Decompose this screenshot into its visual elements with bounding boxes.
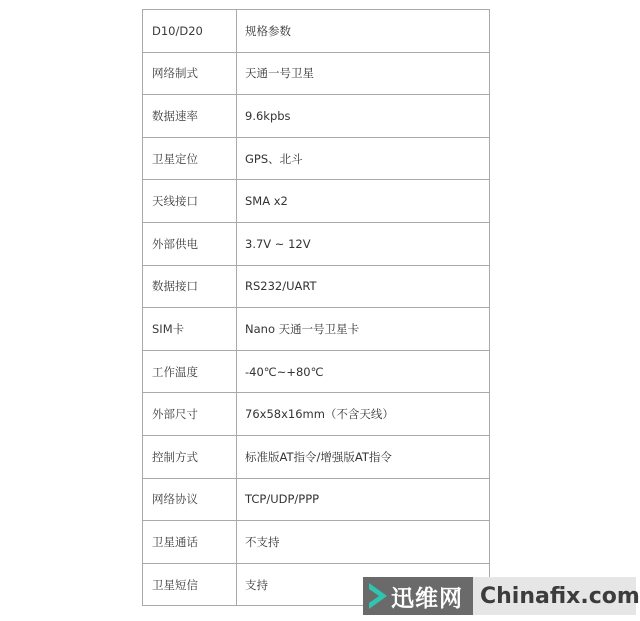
table-row: 工作温度-40℃~+80℃	[143, 350, 490, 393]
watermark-en-text: Chinafix.com	[480, 584, 640, 609]
row-value: 规格参数	[237, 10, 490, 53]
table-row: 数据速率9.6kpbs	[143, 95, 490, 138]
row-label: SIM卡	[143, 308, 237, 351]
row-value: RS232/UART	[237, 265, 490, 308]
row-value: TCP/UDP/PPP	[237, 478, 490, 521]
row-label: D10/D20	[143, 10, 237, 53]
row-value: 76x58x16mm（不含天线）	[237, 393, 490, 436]
row-value: -40℃~+80℃	[237, 350, 490, 393]
row-value: 3.7V ~ 12V	[237, 222, 490, 265]
table-row: 卫星通话不支持	[143, 521, 490, 564]
table-row: 天线接口SMA x2	[143, 180, 490, 223]
row-label: 卫星定位	[143, 137, 237, 180]
row-label: 数据接口	[143, 265, 237, 308]
table-row: D10/D20规格参数	[143, 10, 490, 53]
table-row: 外部供电3.7V ~ 12V	[143, 222, 490, 265]
row-value: 天通一号卫星	[237, 52, 490, 95]
row-label: 外部尺寸	[143, 393, 237, 436]
row-label: 卫星通话	[143, 521, 237, 564]
row-label: 网络协议	[143, 478, 237, 521]
spec-table: D10/D20规格参数 网络制式天通一号卫星 数据速率9.6kpbs 卫星定位G…	[142, 9, 490, 606]
row-label: 数据速率	[143, 95, 237, 138]
table-row: 网络协议TCP/UDP/PPP	[143, 478, 490, 521]
table-row: SIM卡Nano 天通一号卫星卡	[143, 308, 490, 351]
row-value: 标准版AT指令/增强版AT指令	[237, 435, 490, 478]
table-row: 卫星定位GPS、北斗	[143, 137, 490, 180]
table-row: 网络制式天通一号卫星	[143, 52, 490, 95]
row-value: SMA x2	[237, 180, 490, 223]
row-label: 外部供电	[143, 222, 237, 265]
row-value: 不支持	[237, 521, 490, 564]
row-label: 工作温度	[143, 350, 237, 393]
row-label: 网络制式	[143, 52, 237, 95]
watermark-logo: 迅维网	[363, 577, 473, 615]
table-row: 数据接口RS232/UART	[143, 265, 490, 308]
row-value: Nano 天通一号卫星卡	[237, 308, 490, 351]
watermark-cn-text: 迅维网	[391, 580, 463, 613]
watermark-domain: Chinafix.com	[473, 577, 636, 615]
row-label: 卫星短信	[143, 563, 237, 606]
row-value: GPS、北斗	[237, 137, 490, 180]
chevron-right-icon	[369, 583, 387, 609]
row-value: 9.6kpbs	[237, 95, 490, 138]
table-row: 控制方式标准版AT指令/增强版AT指令	[143, 435, 490, 478]
row-label: 天线接口	[143, 180, 237, 223]
table-row: 外部尺寸76x58x16mm（不含天线）	[143, 393, 490, 436]
row-label: 控制方式	[143, 435, 237, 478]
